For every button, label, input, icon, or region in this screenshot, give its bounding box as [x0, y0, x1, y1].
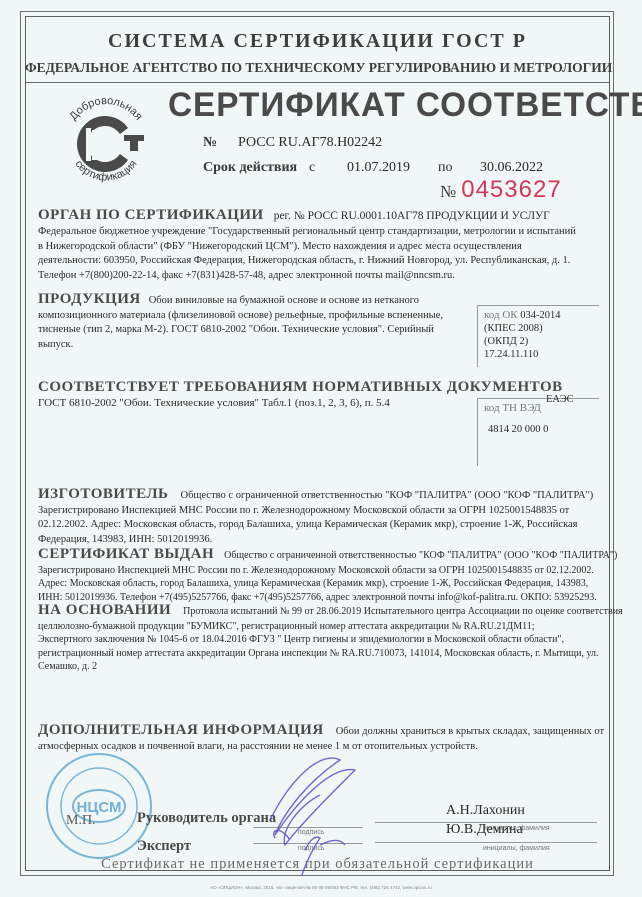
additional-info-heading: ДОПОЛНИТЕЛЬНАЯ ИНФОРМАЦИЯ [38, 722, 324, 738]
expert-name: Ю.В.Демина [446, 822, 523, 838]
product-first-line: Обои виниловые на бумажной основе и осно… [149, 295, 419, 306]
basis-heading: НА ОСНОВАНИИ [38, 602, 171, 618]
head-name: А.Н.Лахонин [446, 803, 525, 819]
issued-to-line: Адрес: Московская область, город Балаших… [38, 577, 603, 591]
to-label: по [438, 160, 453, 176]
issued-to-line: Зарегистрировано Инспекцией МНС России п… [38, 564, 603, 578]
issued-to-heading: СЕРТИФИКАТ ВЫДАН [38, 546, 214, 562]
agency-heading: ФЕДЕРАЛЬНОЕ АГЕНТСТВО ПО ТЕХНИЧЕСКОМУ РЕ… [25, 60, 610, 76]
basis-section: НА ОСНОВАНИИ Протокола испытаний № 99 от… [38, 601, 603, 674]
basis-line: целлюлозно-бумажной продукции "БУМИКС", … [38, 620, 603, 634]
ok-code-line: 17.24.11.110 [484, 348, 599, 361]
basis-line: Семашко, д. 2 [38, 660, 603, 674]
body-line: Телефон +7(800)200-22-14, факс +7(831)42… [38, 269, 603, 284]
certification-body-section: ОРГАН ПО СЕРТИФИКАЦИИ рег. № РОСС RU.000… [38, 206, 603, 283]
header-divider [25, 82, 610, 83]
rst-voluntary-certification-logo-icon: Добровольная сертификация [56, 90, 156, 190]
ok-code-label: код ОК [484, 309, 518, 321]
serial-number: №0453627 [440, 176, 562, 204]
manufacturer-section: ИЗГОТОВИТЕЛЬ Общество с ограниченной отв… [38, 485, 603, 547]
body-line: в Нижегородской области" (ФБУ "Нижегород… [38, 240, 603, 255]
from-label: с [309, 160, 315, 176]
product-line: композиционного материала (флизелиновой … [38, 309, 458, 324]
expert-name-caption: инициалы, фамилия [483, 845, 550, 852]
product-section: ПРОДУКЦИЯ Обои виниловые на бумажной осн… [38, 290, 458, 352]
manufacturer-first-line: Общество с ограниченной ответственностью… [180, 490, 593, 501]
expert-label: Эксперт [137, 838, 191, 855]
additional-info-first-line: Обои должны храниться в крытых складах, … [336, 726, 604, 737]
manufacturer-line: 02.12.2002. Адрес: Московская область, г… [38, 518, 603, 533]
product-line: тисненые (тип 2, марка М-2). ГОСТ 6810-2… [38, 323, 458, 338]
conformity-heading: СООТВЕТСТВУЕТ ТРЕБОВАНИЯМ НОРМАТИВНЫХ ДО… [38, 379, 603, 396]
serial-symbol: № [440, 182, 457, 201]
ok-code-line: 034-2014 [520, 310, 560, 321]
certification-body-reg: рег. № РОСС RU.0001.10АГ78 ПРОДУКЦИИ И У… [274, 210, 550, 222]
manufacturer-heading: ИЗГОТОВИТЕЛЬ [38, 486, 168, 502]
tnved-code-label: код ТН ВЭД [484, 402, 541, 414]
ok-code-line: (ОКПД 2) [484, 335, 599, 348]
valid-from-date: 01.07.2019 [347, 160, 410, 176]
basis-line: регистрационный номер аттестата аккредит… [38, 647, 603, 661]
body-line: деятельности: 603950, Российская Федерац… [38, 254, 603, 269]
stamp-place-label: М.П. [66, 813, 96, 829]
basis-line: Экспертного заключения № 1045-6 от 18.04… [38, 633, 603, 647]
tnved-code-box: код ТН ВЭДЕАЭС 4814 20 000 0 [477, 398, 599, 466]
ok-code-line: (КПЕС 2008) [484, 322, 599, 335]
valid-to-date: 30.06.2022 [480, 160, 543, 176]
issued-to-first-line: Общество с ограниченной ответственностью… [224, 550, 617, 561]
product-line: выпуск. [38, 338, 458, 353]
expert-name-line [375, 842, 597, 843]
certification-body-heading: ОРГАН ПО СЕРТИФИКАЦИИ [38, 207, 264, 223]
system-heading: СИСТЕМА СЕРТИФИКАЦИИ ГОСТ Р [25, 30, 610, 53]
serial-value: 0453627 [461, 176, 561, 203]
certificate-number: РОСС RU.АГ78.Н02242 [238, 135, 382, 150]
validity-label: Срок действия [203, 160, 297, 176]
tnved-suffix: ЕАЭС [546, 393, 574, 406]
manufacturer-line: Зарегистрировано Инспекцией МНС России п… [38, 504, 603, 519]
voluntary-certification-note: Сертификат не применяется при обязательн… [25, 856, 610, 873]
body-line: Федеральное бюджетное учреждение "Госуда… [38, 225, 603, 240]
number-symbol: № [203, 135, 238, 151]
printer-imprint: АО «ОПЦИОН», Москва, 2018, «Б» лицензия … [0, 885, 642, 890]
issued-to-section: СЕРТИФИКАТ ВЫДАН Общество с ограниченной… [38, 545, 603, 604]
basis-first-line: Протокола испытаний № 99 от 28.06.2019 И… [183, 606, 622, 617]
certificate-number-row: №РОСС RU.АГ78.Н02242 [203, 135, 382, 151]
certificate-title: СЕРТИФИКАТ СООТВЕТСТВИЯ [168, 86, 642, 125]
ok-code-box: код ОК 034-2014 (КПЕС 2008) (ОКПД 2) 17.… [477, 305, 599, 367]
tnved-code-value: 4814 20 000 0 [488, 423, 599, 436]
product-heading: ПРОДУКЦИЯ [38, 291, 141, 307]
